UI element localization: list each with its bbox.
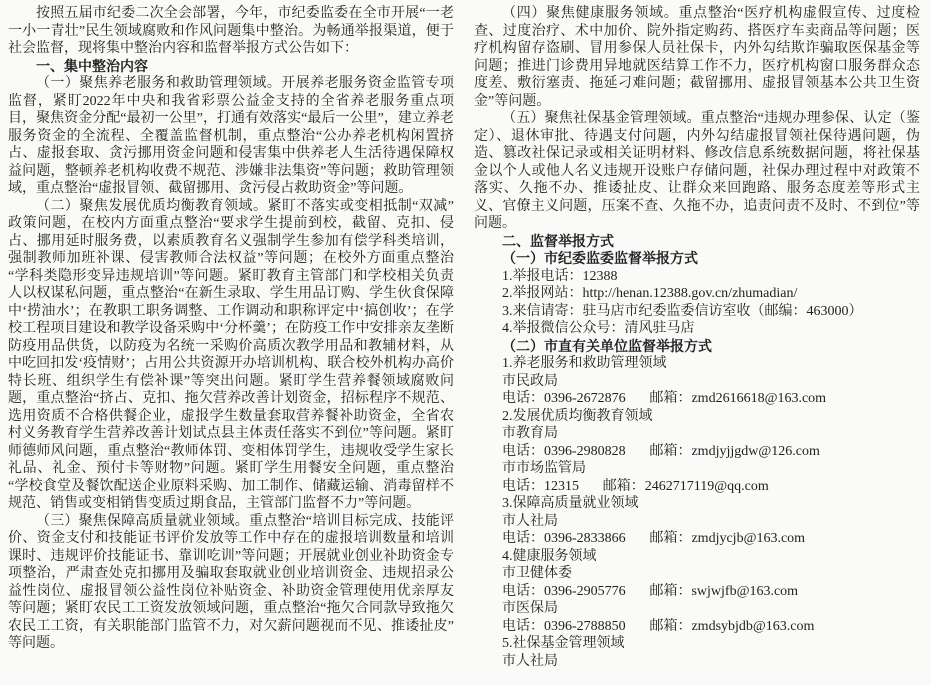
agency-phone: 电话：0396-2905776 <box>502 584 626 599</box>
agency-phone: 电话：0396-2980828 <box>502 444 626 459</box>
focus-area-paragraph-elderly-care: （一）聚焦养老服务和救助管理领域。开展养老服务资金监管专项监督，紧盯2022年中… <box>8 75 454 198</box>
agency-contact-line: 电话：0396-2833866邮箱：zmdjycjb@163.com <box>474 530 920 548</box>
agency-phone: 电话：0396-2672876 <box>502 391 626 406</box>
channel-category-line: 1.养老服务和救助管理领域 <box>474 355 920 373</box>
agency-contact-line: 电话：0396-2980828邮箱：zmdjyjjgdw@126.com <box>474 443 920 461</box>
report-mail-address-line: 3.来信请寄：驻马店市纪委监委信访室收（邮编：463000） <box>474 303 920 321</box>
agency-name-line: 市市场监管局 <box>474 460 920 478</box>
agency-phone: 电话：12315 <box>502 479 579 494</box>
report-website-line: 2.举报网站：http://henan.12388.gov.cn/zhumadi… <box>474 285 920 303</box>
agency-contact-line: 电话：0396-2672876邮箱：zmd2616618@163.com <box>474 390 920 408</box>
agency-email: 邮箱：zmd2616618@163.com <box>649 391 826 406</box>
agency-name-line: 市卫健体委 <box>474 565 920 583</box>
agency-contact-line: 电话：0396-2788850邮箱：zmdsybjdb@163.com <box>474 618 920 636</box>
agency-email: 邮箱：2462717119@qq.com <box>603 479 769 494</box>
section-2-heading: 二、监督举报方式 <box>474 233 920 251</box>
focus-area-paragraph-employment: （三）聚焦保障高质量就业领域。重点整治“培训目标完成、技能评价、资金支付和技能证… <box>8 513 454 653</box>
agency-email: 邮箱：zmdjyjjgdw@126.com <box>649 444 819 459</box>
agency-phone: 电话：0396-2788850 <box>502 619 626 634</box>
unit-channels-heading: （二）市直有关单位监督举报方式 <box>474 338 920 356</box>
agency-email: 邮箱：zmdjycjb@163.com <box>649 531 805 546</box>
agency-name-line: 市人社局 <box>474 653 920 671</box>
focus-area-paragraph-health-services: （四）聚焦健康服务领域。重点整治“医疗机构虚假宣传、过度检查、过度治疗、术中加价… <box>474 5 920 110</box>
report-hotline-line: 1.举报电话：12388 <box>474 268 920 286</box>
channel-category-line: 5.社保基金管理领域 <box>474 635 920 653</box>
section-1-heading: 一、集中整治内容 <box>8 58 454 76</box>
agency-name-line: 市医保局 <box>474 600 920 618</box>
agency-contact-line: 电话：12315邮箱：2462717119@qq.com <box>474 478 920 496</box>
agency-name-line: 市人社局 <box>474 513 920 531</box>
agency-name-line: 市民政局 <box>474 373 920 391</box>
agency-phone: 电话：0396-2833866 <box>502 531 626 546</box>
report-wechat-account-line: 4.举报微信公众号：清风驻马店 <box>474 320 920 338</box>
focus-area-paragraph-social-security-fund: （五）聚焦社保基金管理领域。重点整治“违规办理参保、认定（鉴定）、退休审批、待遇… <box>474 110 920 233</box>
channel-category-line: 2.发展优质均衡教育领域 <box>474 408 920 426</box>
notice-document: 按照五届市纪委二次全会部署，今年，市纪委监委在全市开展“一老一小一青壮”民生领域… <box>0 0 931 685</box>
agency-email: 邮箱：zmdsybjdb@163.com <box>649 619 814 634</box>
channel-category-line: 3.保障高质量就业领域 <box>474 495 920 513</box>
agency-email: 邮箱：swjwjfb@163.com <box>649 584 798 599</box>
commission-channels-heading: （一）市纪委监委监督举报方式 <box>474 250 920 268</box>
agency-contact-line: 电话：0396-2905776邮箱：swjwjfb@163.com <box>474 583 920 601</box>
notice-intro-paragraph: 按照五届市纪委二次全会部署，今年，市纪委监委在全市开展“一老一小一青壮”民生领域… <box>8 5 454 58</box>
agency-name-line: 市教育局 <box>474 425 920 443</box>
channel-category-line: 4.健康服务领域 <box>474 548 920 566</box>
focus-area-paragraph-education: （二）聚焦发展优质均衡教育领域。紧盯不落实或变相抵制“双减”政策问题，在校内方面… <box>8 198 454 513</box>
